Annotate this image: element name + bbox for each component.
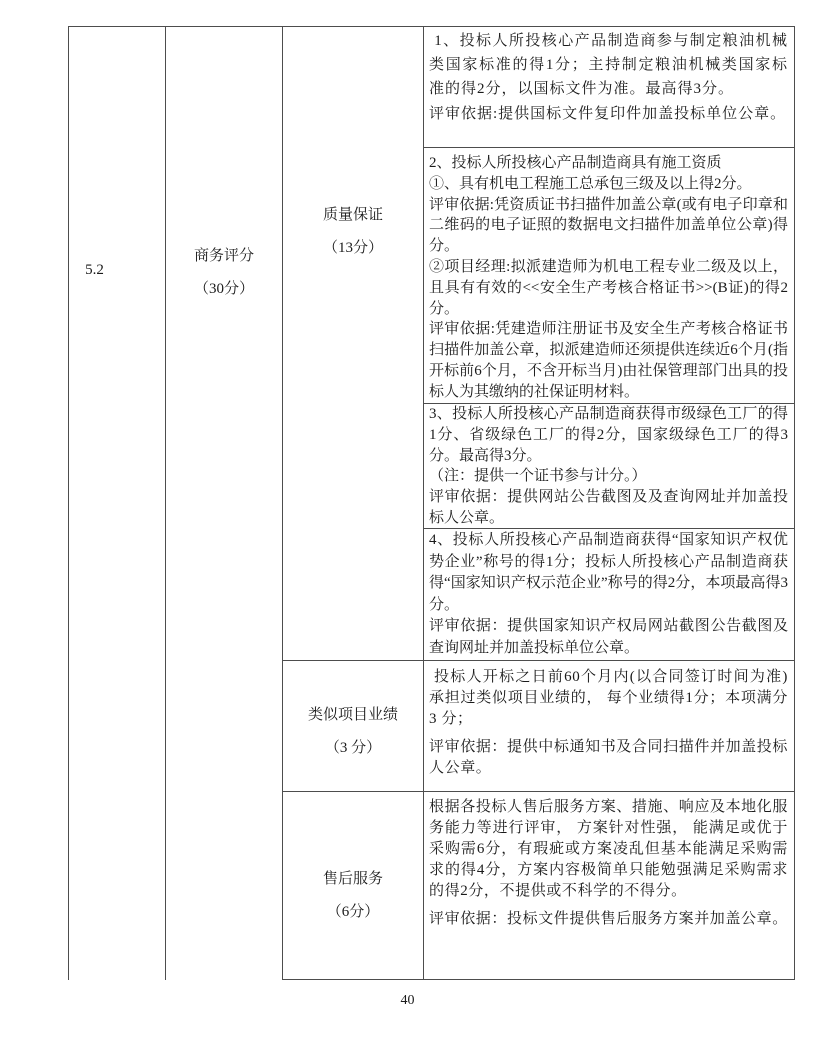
criteria-name: 售后服务	[283, 863, 423, 896]
category-cell: 商务评分 （30分）	[166, 240, 282, 306]
detail-cell-similar-performance: 投标人开标之日前60个月内(以合同签订时间为准) 承担过类似项目业绩的， 每个业…	[429, 667, 788, 779]
detail-paragraph: 3、投标人所投核心产品制造商获得市级绿色工厂的得1分、省级绿色工厂的得2分，国家…	[429, 404, 788, 466]
table-border-top	[68, 26, 795, 27]
detail-paragraph: 评审依据：提供中标通知书及合同扫描件并加盖投标人公章。	[429, 737, 788, 779]
criteria-cell-quality: 质量保证 （13分）	[283, 199, 423, 265]
detail-cell-intellectual-property: 4、投标人所投核心产品制造商获得“国家知识产权优势企业”称号的得1分；投标人所投…	[429, 530, 788, 659]
criteria-cell-aftersales: 售后服务 （6分）	[283, 863, 423, 929]
table-row-line-1	[423, 147, 795, 148]
table-divider-col2-col3	[282, 26, 283, 980]
document-page: 5.2 商务评分 （30分） 质量保证 （13分） 类似项目业绩 （3 分） 售…	[0, 0, 815, 1055]
criteria-cell-performance: 类似项目业绩 （3 分）	[283, 699, 423, 765]
detail-paragraph: ①、具有机电工程施工总承包三级及以上得2分。	[429, 174, 788, 195]
category-name: 商务评分	[166, 240, 282, 273]
criteria-score: （3 分）	[283, 732, 423, 765]
detail-cell-green-factory: 3、投标人所投核心产品制造商获得市级绿色工厂的得1分、省级绿色工厂的得2分，国家…	[429, 404, 788, 529]
page-number: 40	[0, 993, 815, 1009]
detail-paragraph: 评审依据:凭建造师注册证书及安全生产考核合格证书扫描件加盖公章，拟派建造师还须提…	[429, 319, 788, 402]
detail-paragraph: 评审依据:凭资质证书扫描件加盖公章(或有电子印章和二维码的电子证照的数据电文扫描…	[429, 195, 788, 257]
table-row-line-5	[282, 791, 795, 792]
criteria-score: （13分）	[283, 232, 423, 265]
table-divider-col1-col2	[165, 26, 166, 980]
table-border-left	[68, 26, 69, 980]
row-id-text: 5.2	[68, 254, 121, 287]
detail-paragraph: 根据各投标人售后服务方案、措施、响应及本地化服务能力等进行评审， 方案针对性强，…	[429, 797, 788, 902]
detail-paragraph: 评审依据：投标文件提供售后服务方案并加盖公章。	[429, 909, 788, 930]
criteria-score: （6分）	[283, 896, 423, 929]
criteria-name: 质量保证	[283, 199, 423, 232]
detail-paragraph: 评审依据:提供国标文件复印件加盖投标单位公章。	[429, 103, 788, 127]
detail-paragraph: 评审依据：提供网站公告截图及及查询网址并加盖投标人公章。	[429, 487, 788, 529]
detail-paragraph: 1、投标人所投核心产品制造商参与制定粮油机械类国家标准的得1分；主持制定粮油机械…	[429, 30, 788, 101]
detail-paragraph: ②项目经理:拟派建造师为机电工程专业二级及以上，且具有有效的<<安全生产考核合格…	[429, 257, 788, 319]
detail-paragraph: 投标人开标之日前60个月内(以合同签订时间为准) 承担过类似项目业绩的， 每个业…	[429, 667, 788, 730]
detail-cell-aftersales-service: 根据各投标人售后服务方案、措施、响应及本地化服务能力等进行评审， 方案针对性强，…	[429, 797, 788, 930]
table-row-line-4	[282, 660, 795, 661]
table-border-bottom	[282, 979, 795, 980]
detail-paragraph: 评审依据：提供国家知识产权局网站截图公告截图及查询网址并加盖投标单位公章。	[429, 616, 788, 659]
detail-cell-construction-qualification: 2、投标人所投核心产品制造商具有施工资质 ①、具有机电工程施工总承包三级及以上得…	[429, 153, 788, 403]
row-id-cell: 5.2	[68, 254, 165, 287]
detail-cell-national-standard: 1、投标人所投核心产品制造商参与制定粮油机械类国家标准的得1分；主持制定粮油机械…	[429, 30, 788, 127]
table-border-right	[794, 26, 795, 980]
detail-paragraph: 2、投标人所投核心产品制造商具有施工资质	[429, 153, 788, 174]
category-score: （30分）	[166, 273, 282, 306]
detail-paragraph: （注：提供一个证书参与计分。）	[429, 466, 788, 487]
criteria-name: 类似项目业绩	[283, 699, 423, 732]
detail-paragraph: 4、投标人所投核心产品制造商获得“国家知识产权优势企业”称号的得1分；投标人所投…	[429, 530, 788, 616]
table-divider-col3-col4	[423, 26, 424, 980]
